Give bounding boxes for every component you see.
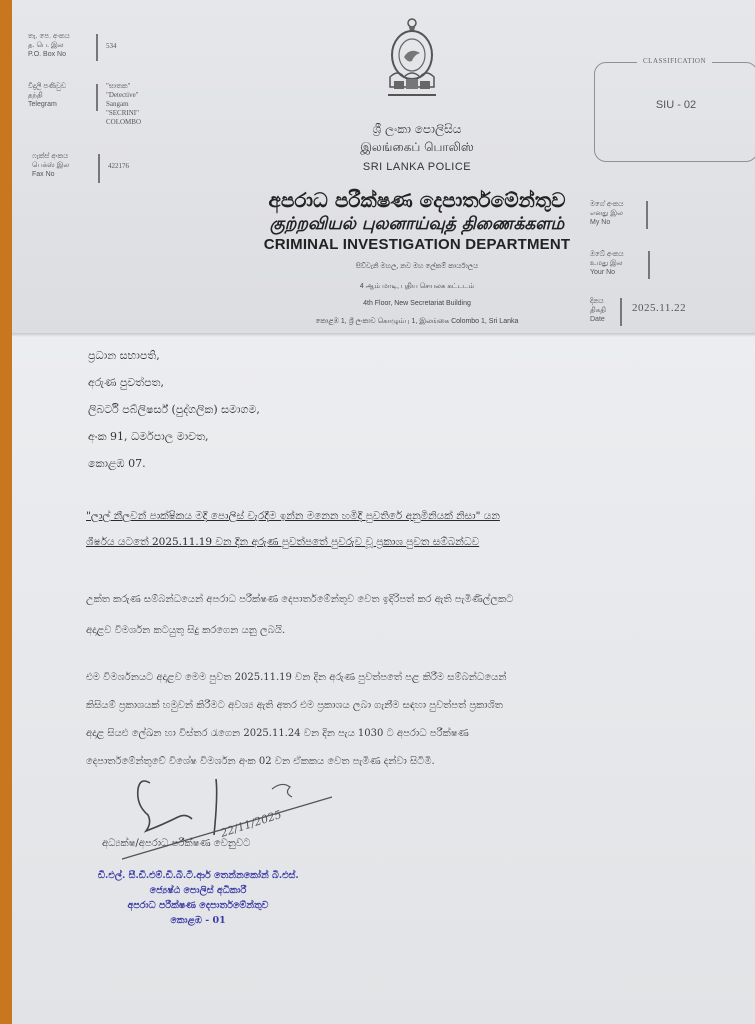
paragraph-line: උක්ත කරුණ සම්බන්ධයෙන් අපරාධ පරීක්ෂණ දෙපා… [86, 584, 714, 615]
address-line-sinhala: සිව්වැනි මහල, නව මහ ලේකම් කාර්යාලය [212, 263, 622, 271]
telegram-label-en: Telegram [28, 100, 88, 109]
body-paragraph-2: එම විමර්ශනයට අදාළව මෙම පුවත 2025.11.19 ව… [86, 664, 714, 776]
letter-date: 2025.11.22 [632, 304, 686, 313]
po-box-label-si: තැ. පෙ. අංකය [28, 32, 88, 41]
paragraph-line: එම විමර්ශනයට අදාළව මෙම පුවත 2025.11.19 ව… [86, 664, 714, 692]
stamp-city: කොළඹ - 01 [98, 913, 298, 928]
telegram-label-ta: தந்தி [28, 91, 88, 100]
address-line-city: කොළඹ 1, ශ්‍රී ලංකාව கொழும்பு 1, இலங்கை C… [212, 317, 622, 326]
po-box-value: 534 [106, 42, 117, 51]
official-stamp: ඩී.එල්. සී.ඩී.එම්.ඩී.බී.ටී.ආර් තෙන්නකෝන්… [98, 868, 298, 928]
body-paragraph-1: උක්ත කරුණ සම්බන්ධයෙන් අපරාධ පරීක්ෂණ දෙපා… [86, 584, 714, 646]
recipient-line: කොළඹ 07. [88, 450, 260, 477]
department-name-tamil: குற்றவியல் புலனாய்வுத் திணைக்களம் [212, 214, 622, 236]
classification-title: CLASSIFICATION [637, 57, 712, 65]
my-number-block: මගේ අංකය எனது இல My No [590, 200, 624, 227]
stamp-department: අපරාධ පරීක්ෂණ දෙපාර්තමේන්තුව [98, 898, 298, 913]
my-no-label-si: මගේ අංකය [590, 200, 624, 209]
telegram-label-si: විදුලි පණිවුඩ [28, 82, 88, 91]
brace-divider [96, 34, 98, 61]
brace-divider [620, 298, 622, 326]
paragraph-line: අදාළ සියළු ලේඛන හා විස්තර රැගෙන 2025.11.… [86, 720, 714, 748]
date-label-ta: திகதி [590, 306, 606, 315]
fax-value: 422176 [108, 162, 129, 171]
recipient-line: ලිබර්ටි පබ්ලිෂර්ස් (පුද්ගලික) සමාගම, [88, 396, 260, 423]
paragraph-line: අදාළව විමර්ශන කටයුතු සිදු කරගෙන යනු ලබයි… [86, 615, 714, 646]
brace-divider [96, 84, 98, 111]
subject-line-1: "ලාල් නීලවන් පාක්ෂිකය මදි පොලිස් වැරදීම … [86, 503, 714, 529]
address-line-tamil: 4 ஆம் மாடி, புதிய செயலக கட்டடம் [212, 282, 622, 291]
handwritten-signature-icon: 22/11/2025 [122, 775, 342, 865]
brace-divider [98, 154, 100, 183]
classification-code: SIU - 02 [595, 99, 755, 111]
department-name-english: CRIMINAL INVESTIGATION DEPARTMENT [212, 236, 622, 253]
your-number-block: ඔබේ අංකය உமது இல Your No [590, 250, 624, 277]
signatory-title: අධ්‍යක්ෂ/අපරාධ පරීක්ෂණ වෙනුවට [102, 838, 250, 849]
department-name-sinhala: අපරාධ පරීක්ෂණ දෙපාර්තමේන්තුව [212, 188, 622, 212]
police-name-sinhala: ශ්‍රී ලංකා පොලිසිය [212, 122, 622, 137]
police-name-english: SRI LANKA POLICE [212, 161, 622, 173]
your-no-label-en: Your No [590, 268, 624, 277]
date-block: දිනය திகதி Date 2025.11.22 [590, 297, 606, 324]
classification-box: CLASSIFICATION SIU - 02 [594, 62, 755, 162]
telegram-value-1: "ඝාතක" [106, 82, 141, 91]
po-box-label-ta: த. பெ. இல [28, 41, 88, 50]
letter-paper: තැ. පෙ. අංකය த. பெ. இல P.O. Box No 534 ව… [12, 0, 755, 1024]
address-line-english: 4th Floor, New Secretariat Building [212, 300, 622, 307]
fax-label-ta: பெக்ஸ் இல [32, 161, 92, 170]
fax-label-en: Fax No [32, 170, 92, 179]
fax-label-si: ෆැක්ස් අංකය [32, 152, 92, 161]
recipient-address: ප්‍රධාන සභාපති, අරුණ පුවත්පත, ලිබර්ටි පබ… [88, 342, 260, 477]
my-no-label-ta: எனது இல [590, 209, 624, 218]
date-label-en: Date [590, 315, 606, 324]
recipient-line: අංක 91, ධර්මපාල මාවත, [88, 423, 260, 450]
brace-divider [648, 251, 650, 279]
po-box-label-en: P.O. Box No [28, 50, 88, 59]
your-no-label-ta: உமது இல [590, 259, 624, 268]
my-no-label-en: My No [590, 218, 624, 227]
brace-divider [646, 201, 648, 229]
date-label-si: දිනය [590, 297, 606, 306]
your-no-label-si: ඔබේ අංකය [590, 250, 624, 259]
recipient-line: අරුණ පුවත්පත, [88, 369, 260, 396]
telegram-value-2: "Detective" Sangam [106, 91, 141, 109]
police-name-tamil: இலங்கைப் பொலிஸ் [212, 140, 622, 156]
stamp-officer-name: ඩී.එල්. සී.ඩී.එම්.ඩී.බී.ටී.ආර් තෙන්නකෝන්… [98, 868, 298, 883]
paragraph-line: දෙපාර්තමේන්තුවේ විශේෂ විමර්ශන අංක 02 වන … [86, 748, 714, 776]
letter-subject: "ලාල් නීලවන් පාක්ෂිකය මදි පොලිස් වැරදීම … [86, 503, 714, 555]
signature-date: 22/11/2025 [218, 808, 283, 840]
recipient-line: ප්‍රධාන සභාපති, [88, 342, 260, 369]
paragraph-line: කිසියම් ප්‍රකාශයක් හමුවන් කිරීමට අවශ්‍ය … [86, 692, 714, 720]
stamp-officer-rank: ජ්‍යෙෂ්ඨ පොලිස් අධිකාරී [98, 883, 298, 898]
subject-line-2: ශීර්ෂය යටතේ 2025.11.19 වන දින අරුණ පුවත්… [86, 529, 714, 555]
telegram-value-3: "SECRINI" COLOMBO [106, 109, 141, 127]
sri-lanka-police-emblem-icon [384, 17, 440, 101]
